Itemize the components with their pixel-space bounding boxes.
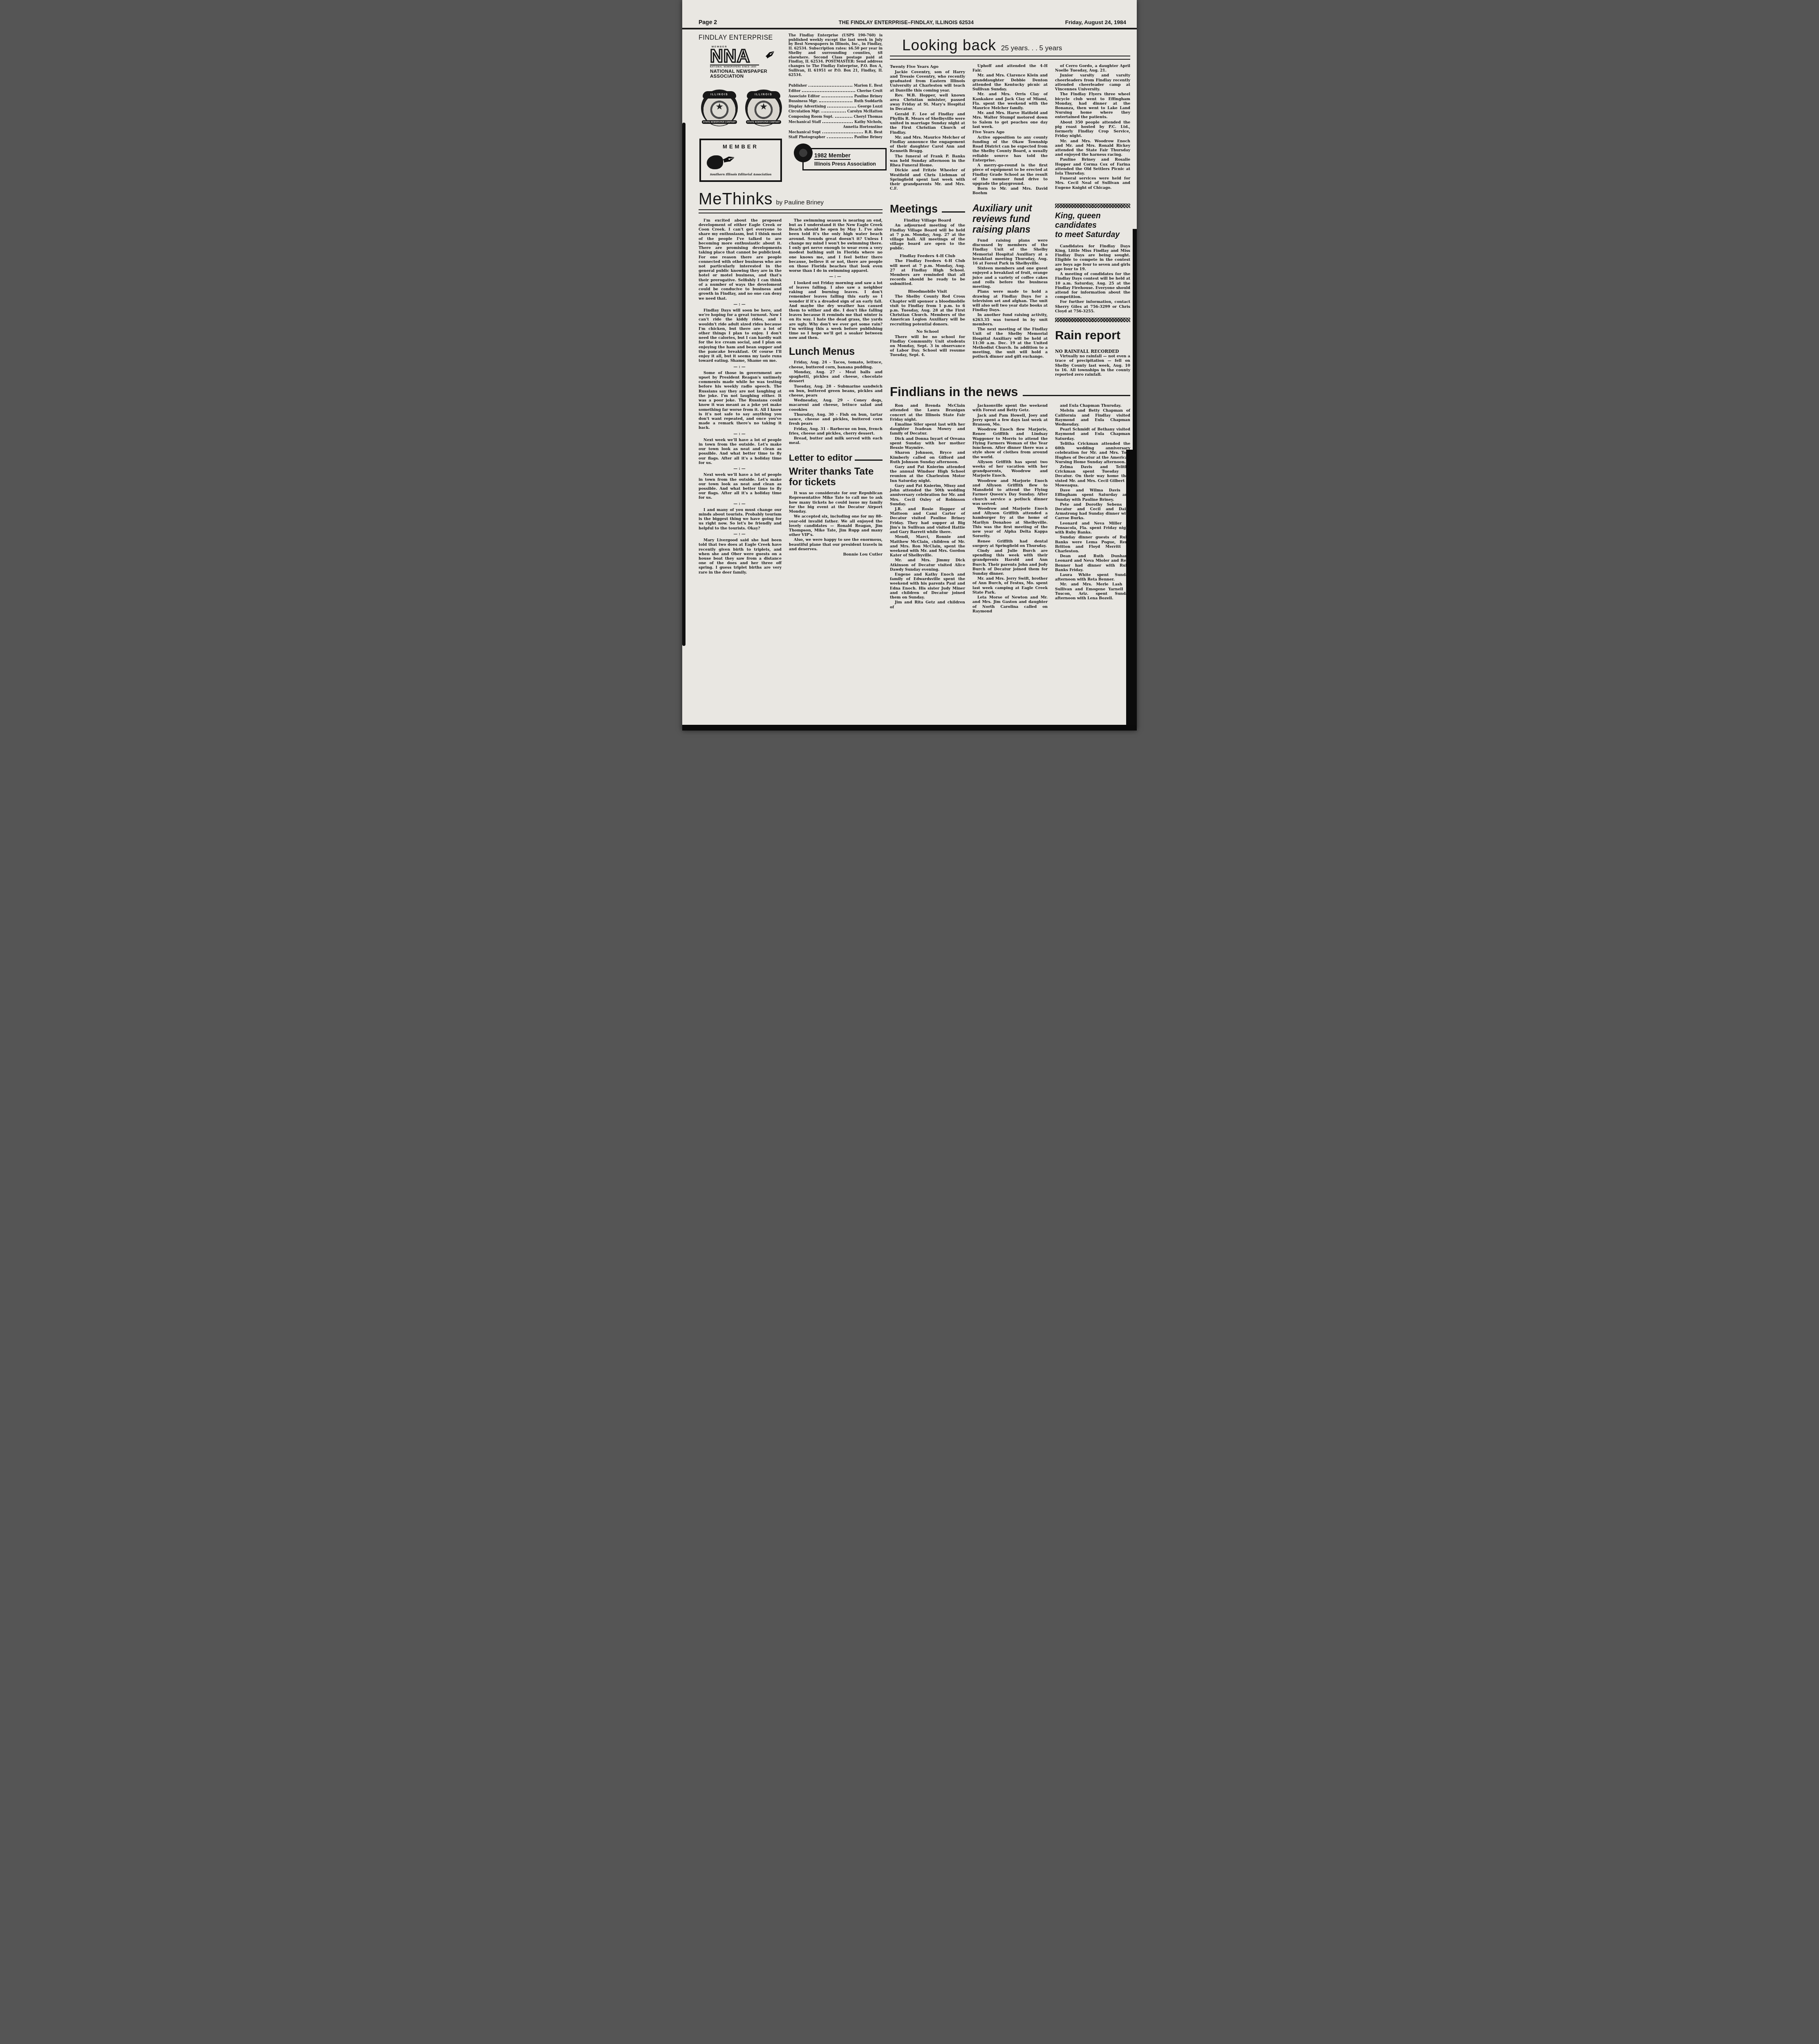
right-column-sections: King, queen candidatesto meet Saturday C… xyxy=(1055,203,1130,378)
scan-edge-right xyxy=(1126,450,1137,726)
looking-back-col1: Twenty Five Years AgoJackie Coventry, so… xyxy=(890,64,965,196)
seal-bottom-band: STATE NEWSPAPER CONTEST xyxy=(702,120,737,124)
paragraph: Jim and Rita Getz and children of xyxy=(890,600,965,609)
dot-leader xyxy=(822,112,845,112)
paragraph: Pauline Briney and Rosalie Hopper and Co… xyxy=(1055,157,1130,176)
paragraph: Some of those in government are upset by… xyxy=(699,371,782,430)
paragraph: Findlay Days will soon be here, and we'r… xyxy=(699,308,782,363)
dot-leader xyxy=(802,91,855,92)
paragraph: Twenty Five Years Ago xyxy=(890,65,965,69)
king-queen-body: Candidates for Findlay Days King, Little… xyxy=(1055,244,1130,314)
paragraph: Melvin and Betty Chapman of California a… xyxy=(1055,408,1130,427)
staff-role: Staff Photographer xyxy=(789,134,825,140)
paragraph: The funeral of Frank P. Banks was held S… xyxy=(890,154,965,168)
staff-row: Composing Room Supt. Cheryl Thomas xyxy=(789,114,883,119)
dot-leader xyxy=(809,86,852,87)
rule xyxy=(855,459,883,461)
member-label: MEMBER xyxy=(704,143,777,150)
seal-star-icon: ★ xyxy=(745,102,782,112)
paragraph: Pete and Dorothy Sebens of Decatur and C… xyxy=(1055,502,1130,521)
press-association-box: 1982 Member Illinois Press Association xyxy=(802,148,887,170)
scan-edge-bottom xyxy=(682,725,1137,731)
paragraph: Ron and Brenda McClain attended the Laur… xyxy=(890,403,965,422)
publication-info: The Findlay Enterprise (USPS 190-760) is… xyxy=(789,34,883,77)
letter-signature: Bonnie Lou Cutler xyxy=(789,552,883,557)
staff-role: Mechanical Supt xyxy=(789,130,821,135)
paragraph: Sixteen members and one guest enjoyed a … xyxy=(972,266,1048,289)
dot-leader xyxy=(822,96,853,97)
paragraph: Leonard and Neva Miller of Pensacola, Fl… xyxy=(1055,521,1130,535)
paragraph: I looked out Friday morning and saw a lo… xyxy=(789,281,883,341)
king-queen-title-line: King, queen candidates xyxy=(1055,211,1130,231)
masthead-name: FINDLAY ENTERPRISE xyxy=(699,34,782,42)
paragraph: Dickie and Fritzie Wheeler of Westfield … xyxy=(890,168,965,191)
paragraph: Gary and Pat Knierim, Missy and John att… xyxy=(890,484,965,507)
staff-row: Circulation Mgr. Carolyn McHatton xyxy=(789,109,883,114)
auxiliary-title: Auxiliary unitreviews fundraising plans xyxy=(972,203,1048,235)
paragraph: Dick and Donna Inyart of Oreana spent Su… xyxy=(890,437,965,450)
page-header: Page 2 THE FINDLAY ENTERPRISE–FINDLAY, I… xyxy=(682,0,1137,29)
lunch-menu-list: Friday, Aug. 24 - Tacos, tomato, lettuce… xyxy=(789,360,883,445)
findlians-col2: Jacksonville spent the weekend with Fore… xyxy=(972,403,1048,614)
paragraph: The Findlay Flyers three wheel bicycle c… xyxy=(1055,92,1130,119)
newspaper-page: Page 2 THE FINDLAY ENTERPRISE–FINDLAY, I… xyxy=(682,0,1137,731)
dog-quill-art: ✒ xyxy=(704,152,777,171)
looking-back-columns: Twenty Five Years AgoJackie Coventry, so… xyxy=(890,64,1130,196)
paragraph: Next week we'll have a lot of people in … xyxy=(699,438,782,465)
staff-name: Cherise Cruit xyxy=(857,88,883,94)
paragraph: —:— xyxy=(699,466,782,471)
paragraph: Also, we were happy to see the enormous,… xyxy=(789,538,883,551)
paragraph: J.R. and Rosie Hopper of Mattoon and Cam… xyxy=(890,507,965,534)
findlians-col3: and Eula Chapman Thursday.Melvin and Bet… xyxy=(1055,403,1130,614)
paragraph: Woodrow Enoch flew Marjorie, Renee Griff… xyxy=(972,427,1048,459)
paragraph: Zelma Davis and Telitha Crickman spent T… xyxy=(1055,465,1130,488)
paragraph: Jackie Coventry, son of Harry and Tressi… xyxy=(890,70,965,93)
methinks-title: MeThinks xyxy=(699,190,773,208)
findlians-section: Findlians in the news Ron and Brenda McC… xyxy=(890,385,1130,614)
paragraph: No School xyxy=(890,329,965,334)
paragraph: Emaline Siler spent last with her daught… xyxy=(890,422,965,436)
looking-back-col2: Uphoff and attended the 4-H Fair.Mr. and… xyxy=(972,64,1048,196)
paragraph: Gary and Pat Knierim attended the annual… xyxy=(890,465,965,483)
auxiliary-body: Fund raising plans were discussed by mem… xyxy=(972,238,1048,359)
staff-role: Composing Room Supt. xyxy=(789,114,833,119)
methinks-columns: I'm excited about the proposed developme… xyxy=(699,218,883,575)
staff-role: Circulation Mgr. xyxy=(789,109,820,114)
meetings-section: Meetings Findlay Village BoardAn adjourn… xyxy=(890,203,965,378)
staff-row: Editor Cherise Cruit xyxy=(789,88,883,94)
paragraph: —:— xyxy=(699,302,782,307)
looking-back-subtitle: 25 years. . . 5 years xyxy=(1001,44,1062,52)
paragraph: Renee Griffith had dental surgery at Spr… xyxy=(972,539,1048,548)
paragraph: I'm excited about the proposed developme… xyxy=(699,218,782,301)
paragraph: Born to Mr. and Mrs. David Boehm xyxy=(972,186,1048,195)
paragraph: Rev. W.B. Hopper, well known area Christ… xyxy=(890,93,965,112)
page-date: Friday, August 24, 1984 xyxy=(1044,19,1126,25)
meetings-title: Meetings xyxy=(890,203,938,215)
paragraph: Next week we'll have a lot of people in … xyxy=(699,473,782,500)
paragraph: Active opposition to any county funding … xyxy=(972,135,1048,163)
findlians-title: Findlians in the news xyxy=(890,385,1018,399)
menu-item: Tuesday, Aug. 28 - Submarine sandwich on… xyxy=(789,384,883,398)
auxiliary-title-line: reviews fund xyxy=(972,213,1048,224)
nna-logo: MEMBER NNA ✒ NATIONAL NEWSPAPERS SINCE 1… xyxy=(710,46,771,79)
paragraph: Funeral services were held for Mrs. Ceci… xyxy=(1055,176,1130,190)
paragraph: —:— xyxy=(699,532,782,537)
paragraph: The swimming season is nearing an end, b… xyxy=(789,218,883,273)
staff-role: Bussiness Mgr. xyxy=(789,99,818,104)
paragraph: Mr. and Mrs. Maurice Melcher of Findlay … xyxy=(890,135,965,154)
masthead-logos: FINDLAY ENTERPRISE MEMBER NNA ✒ NATIONAL… xyxy=(699,34,782,182)
illinois-contest-seal: ILLINOIS ★ STATE NEWSPAPER CONTEST xyxy=(745,90,782,126)
king-queen-title-line: to meet Saturday xyxy=(1055,230,1130,240)
paper-title: THE FINDLAY ENTERPRISE–FINDLAY, ILLINOIS… xyxy=(768,20,1044,25)
scan-edge-left xyxy=(682,123,685,646)
methinks-col2-text: The swimming season is nearing an end, b… xyxy=(789,218,883,341)
paragraph: Mr. and Mrs. Woodrow Enoch and Mr. and M… xyxy=(1055,139,1130,157)
paragraph: Junior varsity and varsity cheerleaders … xyxy=(1055,73,1130,92)
staff-row: Publisher Marion E. Best xyxy=(789,83,883,88)
methinks-header: MeThinks by Pauline Briney xyxy=(699,190,883,208)
paragraph: Bloodmobile Visit xyxy=(890,289,965,294)
divider xyxy=(699,209,883,213)
looking-back-col3: of Cerro Gordo, a daughter April Noelle … xyxy=(1055,64,1130,196)
paragraph: Eugene and Kathy Enoch and family of Edw… xyxy=(890,572,965,600)
paragraph: Mr. and Mrs. Clarence Klein and granddau… xyxy=(972,73,1048,92)
menu-item: Bread, butter and milk served with each … xyxy=(789,436,883,445)
staff-role: Mechanical Staff xyxy=(789,119,821,125)
paragraph: Uphoff and attended the 4-H Fair. xyxy=(972,64,1048,73)
staff-row: Annetta Hortenstine xyxy=(789,124,883,130)
methinks-byline: by Pauline Briney xyxy=(776,199,824,206)
paragraph: A merry-go-round is the first piece of e… xyxy=(972,163,1048,186)
paragraph: Woodrow and Marjorie Enoch and Allyson G… xyxy=(972,479,1048,506)
auxiliary-title-line: raising plans xyxy=(972,224,1048,235)
paragraph: Mr. and Mrs. Orris Clay of Kankakee and … xyxy=(972,92,1048,110)
divider xyxy=(890,56,1130,60)
paragraph: I and many of you must change our minds … xyxy=(699,508,782,531)
looking-back-title: Looking back xyxy=(902,37,996,54)
dot-leader xyxy=(827,107,856,108)
paragraph: of Cerro Gordo, a daughter April Noelle … xyxy=(1055,64,1130,73)
staff-name: Pauline Briney xyxy=(854,94,883,99)
illinois-contest-seal: ILLINOIS ★ STATE NEWSPAPER CONTEST xyxy=(701,90,738,126)
paragraph: Telitha Crickman attended the 60th weddi… xyxy=(1055,442,1130,464)
dot-leader xyxy=(819,101,852,102)
paragraph: Mendi, Marci, Ronnie and Matthew McClain… xyxy=(890,535,965,558)
paragraph: Sharon Johnson, Bryce and Kimberly calle… xyxy=(890,450,965,464)
paragraph: Five Years Ago xyxy=(972,130,1048,135)
findlians-columns: Ron and Brenda McClain attended the Laur… xyxy=(890,403,1130,614)
seal-bottom-band: STATE NEWSPAPER CONTEST xyxy=(746,120,781,124)
staff-row: Display Advertising George Lozzi xyxy=(789,104,883,109)
nna-caption: NATIONAL NEWSPAPER ASSOCIATION xyxy=(710,69,771,79)
staff-role: Publisher xyxy=(789,83,807,88)
paragraph: Pearl Schmidt of Bethany visited Raymond… xyxy=(1055,427,1130,441)
staff-name: Annetta Hortenstine xyxy=(843,124,883,130)
letter-headline: Writer thanks Tate for tickets xyxy=(789,466,883,488)
paragraph: The Findlay Feeders 4-H Club will meet a… xyxy=(890,259,965,286)
meetings-body: Findlay Village BoardAn adjourned meetin… xyxy=(890,218,965,358)
press-line1: 1982 Member xyxy=(814,152,851,160)
staff-name: Kathy Nichols, xyxy=(854,119,883,125)
page-content: FINDLAY ENTERPRISE MEMBER NNA ✒ NATIONAL… xyxy=(682,29,1137,614)
press-seal-icon xyxy=(794,143,813,162)
staff-name: Cheryl Thomas xyxy=(854,114,883,119)
king-queen-title: King, queen candidatesto meet Saturday xyxy=(1055,211,1130,240)
paragraph: Cindy and Julie Burch are spending this … xyxy=(972,549,1048,576)
letter-section-header: Letter to editor xyxy=(789,453,883,463)
middle-sections: Meetings Findlay Village BoardAn adjourn… xyxy=(890,203,1130,378)
paragraph: A meeting of condidates for the Findlay … xyxy=(1055,272,1130,299)
paragraph: Mary Livergood said she had been told th… xyxy=(699,538,782,575)
staff-row: Staff Photographer Pauline Briney xyxy=(789,134,883,140)
paragraph: Mr. and Mrs. Jerry Swift, brother of Ann… xyxy=(972,576,1048,595)
paragraph: —:— xyxy=(789,274,883,279)
rain-report-headline: NO RAINFALL RECORDED xyxy=(1055,349,1130,354)
paragraph: Jack and Pam Howell, Joey and Jerry spen… xyxy=(972,413,1048,427)
paragraph: Candidates for Findlay Days King, Little… xyxy=(1055,244,1130,271)
staff-role: Editor xyxy=(789,88,800,94)
staff-row: Mechanical Staff Kathy Nichols, xyxy=(789,119,883,125)
staff-name: Marion E. Best xyxy=(854,83,883,88)
letter-section-label: Letter to editor xyxy=(789,453,852,463)
paragraph: Allyson Griffith has spent two weeks of … xyxy=(972,460,1048,478)
staff-role: Display Advertising xyxy=(789,104,826,109)
paragraph: Gerald F. Lee of Findlay and Phyllis R. … xyxy=(890,112,965,135)
page-number: Page 2 xyxy=(699,19,768,25)
quill-icon: ✒ xyxy=(720,149,739,171)
paragraph: We accepted six, including one for my 88… xyxy=(789,514,883,537)
paragraph: An adjourned meeting of the Findlay Vill… xyxy=(890,223,965,251)
paragraph: The Shelby County Red Cross Chapter will… xyxy=(890,294,965,327)
staff-name: Pauline Briney xyxy=(854,134,883,140)
paragraph: Dean and Ruth Dunham, Leonard and Neva M… xyxy=(1055,554,1130,572)
auxiliary-title-line: Auxiliary unit xyxy=(972,203,1048,213)
rain-report-title: Rain report xyxy=(1055,329,1130,343)
paragraph: About 350 people attended the pig roast … xyxy=(1055,120,1130,139)
paragraph: Dave and Wilma Davis of Effingham spent … xyxy=(1055,488,1130,502)
dot-leader xyxy=(827,137,853,138)
rule xyxy=(942,211,965,213)
seal-star-icon: ★ xyxy=(701,102,738,112)
staff-name: George Lozzi xyxy=(858,104,883,109)
paragraph: —:— xyxy=(699,502,782,507)
menu-item: Friday, Aug. 24 - Tacos, tomato, lettuce… xyxy=(789,360,883,369)
paragraph: Plans were made to hold a drawing at Fin… xyxy=(972,289,1048,312)
auxiliary-section: Auxiliary unitreviews fundraising plans … xyxy=(972,203,1048,378)
menu-item: Friday, Aug. 31 - Barbecue on bun, frenc… xyxy=(789,427,883,436)
staff-name: R.R. Best xyxy=(865,130,883,135)
findlians-header: Findlians in the news xyxy=(890,385,1130,399)
staff-name: Carolyn McHatton xyxy=(847,109,883,114)
paragraph: Findlay Village Board xyxy=(890,218,965,223)
paragraph: and Eula Chapman Thursday. xyxy=(1055,403,1130,408)
rule xyxy=(1023,395,1130,396)
paragraph: Findlay Feeders 4-H Club xyxy=(890,254,965,259)
dither-rule xyxy=(1055,318,1130,322)
paragraph: Woodrow and Marjorie Enoch and Allyson G… xyxy=(972,507,1048,539)
lunch-menus-title: Lunch Menus xyxy=(789,346,883,358)
findlians-col1: Ron and Brenda McClain attended the Laur… xyxy=(890,403,965,614)
paragraph: It was so considerate for our Republican… xyxy=(789,491,883,514)
contest-seals: ILLINOIS ★ STATE NEWSPAPER CONTEST ILLIN… xyxy=(701,90,782,126)
menu-item: Wednesday, Aug. 29 - Coney dogs, macaron… xyxy=(789,398,883,412)
paragraph: Mr. and Mrs. Merle Lash of Sullivan and … xyxy=(1055,582,1130,601)
paragraph: Laura White spent Sunday afternoon with … xyxy=(1055,573,1130,582)
scan-edge-right xyxy=(1133,229,1137,458)
methinks-col2: The swimming season is nearing an end, b… xyxy=(789,218,883,575)
menu-item: Thursday, Aug. 30 - Fish on bun, tartar … xyxy=(789,412,883,426)
paragraph: Fund raising plans were discussed by mem… xyxy=(972,238,1048,266)
paragraph: Leta Morse of Newton and Mr. and Mrs. Ji… xyxy=(972,595,1048,614)
paragraph: In another fund raising activity, $263.3… xyxy=(972,313,1048,327)
dither-rule xyxy=(1055,204,1130,208)
dot-leader xyxy=(835,117,852,118)
left-zone: FINDLAY ENTERPRISE MEMBER NNA ✒ NATIONAL… xyxy=(699,34,883,614)
paragraph: —:— xyxy=(699,432,782,437)
member-org: Southern Illinois Editorial Association xyxy=(704,173,777,176)
paragraph: For further information, contact Sherry … xyxy=(1055,300,1130,314)
staff-role: Associate Editor xyxy=(789,94,820,99)
paragraph: Sunday dinner guests of Ruby Banks were … xyxy=(1055,535,1130,554)
staff-name: Ruth Suddarth xyxy=(854,99,883,104)
meetings-header: Meetings xyxy=(890,203,965,215)
staff-list: Publisher Marion E. Best Editor Cherise … xyxy=(789,83,883,140)
letter-body: It was so considerate for our Republican… xyxy=(789,491,883,551)
seal-top-band: ILLINOIS xyxy=(747,91,780,99)
editorial-association-box: MEMBER ✒ Southern Illinois Editorial Ass… xyxy=(699,139,782,182)
dot-leader xyxy=(822,122,853,123)
menu-item: Monday, Aug. 27 - Meat balls and spaghet… xyxy=(789,370,883,384)
methinks-col1: I'm excited about the proposed developme… xyxy=(699,218,782,575)
staff-row: Mechanical Supt R.R. Best xyxy=(789,130,883,135)
looking-back-header: Looking back 25 years. . . 5 years xyxy=(890,37,1130,54)
dot-leader xyxy=(822,132,863,133)
right-zone: Looking back 25 years. . . 5 years Twent… xyxy=(890,34,1130,614)
masthead-info-col: The Findlay Enterprise (USPS 190-760) is… xyxy=(789,34,883,182)
paragraph: The next meeting of the Findlay Unit of … xyxy=(972,327,1048,359)
paragraph: There will be no school for Findlay Comm… xyxy=(890,335,965,358)
staff-row: Bussiness Mgr. Ruth Suddarth xyxy=(789,99,883,104)
paragraph: Mr. and Mrs. Jimmy Dick Atkinson of Deca… xyxy=(890,558,965,572)
paragraph: —:— xyxy=(699,365,782,370)
rain-report-paragraph: Virtually no rainfall — not even a trace… xyxy=(1055,354,1130,377)
masthead: FINDLAY ENTERPRISE MEMBER NNA ✒ NATIONAL… xyxy=(699,34,883,182)
seal-top-band: ILLINOIS xyxy=(703,91,736,99)
press-line2: Illinois Press Association xyxy=(814,161,883,167)
paragraph: Jacksonville spent the weekend with Fore… xyxy=(972,403,1048,412)
paragraph: Mr. and Mrs. Harve Hatfield and Mrs. Wal… xyxy=(972,111,1048,129)
staff-row: Associate Editor Pauline Briney xyxy=(789,94,883,99)
